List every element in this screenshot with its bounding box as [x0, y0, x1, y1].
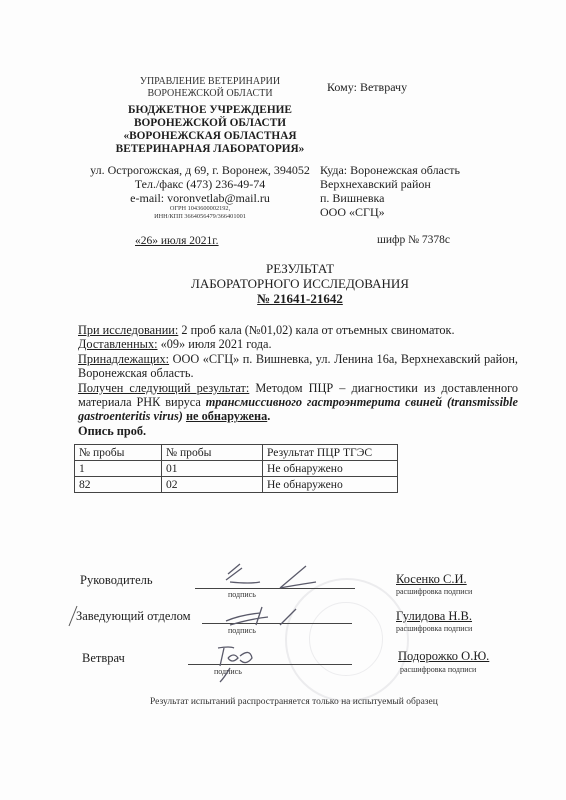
title-line: ЛАБОРАТОРНОГО ИССЛЕДОВАНИЯ — [150, 276, 450, 291]
research-text: 2 проб кала (№01,02) кала от отъемных св… — [178, 323, 454, 337]
name-caption: расшифровка подписи — [396, 587, 472, 596]
organization-line: ВЕТЕРИНАРНАЯ ЛАБОРАТОРИЯ» — [100, 143, 320, 156]
samples-table: № пробы № пробы Результат ПЦР ТГЭС 1 01 … — [74, 444, 398, 493]
seal-stamp — [285, 578, 409, 702]
signatory-name: Подорожко О.Ю. — [398, 649, 489, 664]
research-details: При исследовании: 2 проб кала (№01,02) к… — [78, 323, 518, 438]
table-row: 1 01 Не обнаружено — [75, 461, 398, 477]
recipient: Кому: Ветврачу — [327, 80, 407, 95]
footer-note: Результат испытаний распространяется тол… — [150, 697, 438, 707]
table-row: 82 02 Не обнаружено — [75, 477, 398, 493]
table-cell: 02 — [162, 477, 263, 493]
column-header: № пробы — [75, 445, 162, 461]
signature-role: Руководитель — [80, 573, 153, 588]
department-line: ВОРОНЕЖСКОЙ ОБЛАСТИ — [100, 88, 320, 100]
name-caption: расшифровка подписи — [400, 665, 476, 674]
phone: Тел./факс (473) 236-49-74 — [80, 177, 320, 191]
table-cell: 1 — [75, 461, 162, 477]
handwritten-signature — [210, 644, 270, 689]
belonging-label: Принадлежащих: — [78, 352, 169, 366]
delivered-text: «09» июля 2021 года. — [158, 337, 272, 351]
destination-line: ООО «СГЦ» — [320, 205, 460, 219]
column-header: Результат ПЦР ТГЭС — [263, 445, 398, 461]
destination-line: Куда: Воронежская область — [320, 163, 460, 177]
table-cell: Не обнаружено — [263, 477, 398, 493]
table-header-row: № пробы № пробы Результат ПЦР ТГЭС — [75, 445, 398, 461]
signatory-name: Гулидова Н.В. — [396, 609, 472, 624]
destination: Куда: Воронежская область Верхнехавский … — [320, 163, 460, 219]
organization-line: БЮДЖЕТНОЕ УЧРЕЖДЕНИЕ — [100, 104, 320, 117]
inventory-label: Опись проб. — [78, 424, 518, 438]
document-date: «26» июля 2021г. — [135, 235, 219, 247]
result-label: Получен следующий результат: — [78, 381, 249, 395]
ogrn: ОГРН 1043600002192, — [80, 205, 320, 213]
organization-line: «ВОРОНЕЖСКАЯ ОБЛАСТНАЯ — [100, 130, 320, 143]
signature-role: Заведующий отделом — [76, 609, 191, 624]
name-caption: расшифровка подписи — [396, 624, 472, 633]
column-header: № пробы — [162, 445, 263, 461]
delivered-label: Доставленных: — [78, 337, 158, 351]
department-line: УПРАВЛЕНИЕ ВЕТЕРИНАРИИ — [100, 76, 320, 88]
signatory-name: Косенко С.И. — [396, 572, 467, 587]
organization-line: ВОРОНЕЖСКОЙ ОБЛАСТИ — [100, 117, 320, 130]
organization-contacts: ул. Острогожская, д 69, г. Воронеж, 3940… — [80, 163, 320, 221]
research-label: При исследовании: — [78, 323, 178, 337]
virus-name-ru: трансмиссивного гастроэнтерита свиней — [206, 395, 442, 409]
department-header: УПРАВЛЕНИЕ ВЕТЕРИНАРИИ ВОРОНЕЖСКОЙ ОБЛАС… — [100, 76, 320, 100]
research-number: № 21641-21642 — [150, 291, 450, 306]
inn-kpp: ИНН/КПП 3664056479/366401001 — [80, 213, 320, 221]
document-title: РЕЗУЛЬТАТ ЛАБОРАТОРНОГО ИССЛЕДОВАНИЯ № 2… — [150, 261, 450, 306]
signature-role: Ветврач — [82, 651, 125, 666]
table-cell: 01 — [162, 461, 263, 477]
address: ул. Острогожская, д 69, г. Воронеж, 3940… — [80, 163, 320, 177]
result-conclusion: не обнаружена — [186, 409, 267, 423]
handwritten-signature — [220, 605, 310, 632]
table-cell: Не обнаружено — [263, 461, 398, 477]
destination-line: п. Вишневка — [320, 191, 460, 205]
result-dot: . — [267, 409, 270, 423]
title-line: РЕЗУЛЬТАТ — [150, 261, 450, 276]
table-cell: 82 — [75, 477, 162, 493]
handwritten-signature — [220, 560, 330, 595]
organization-name: БЮДЖЕТНОЕ УЧРЕЖДЕНИЕ ВОРОНЕЖСКОЙ ОБЛАСТИ… — [100, 104, 320, 156]
email: e-mail: voronvetlab@mail.ru — [80, 191, 320, 205]
destination-line: Верхнехавский район — [320, 177, 460, 191]
cipher-number: шифр № 7378с — [377, 234, 450, 246]
